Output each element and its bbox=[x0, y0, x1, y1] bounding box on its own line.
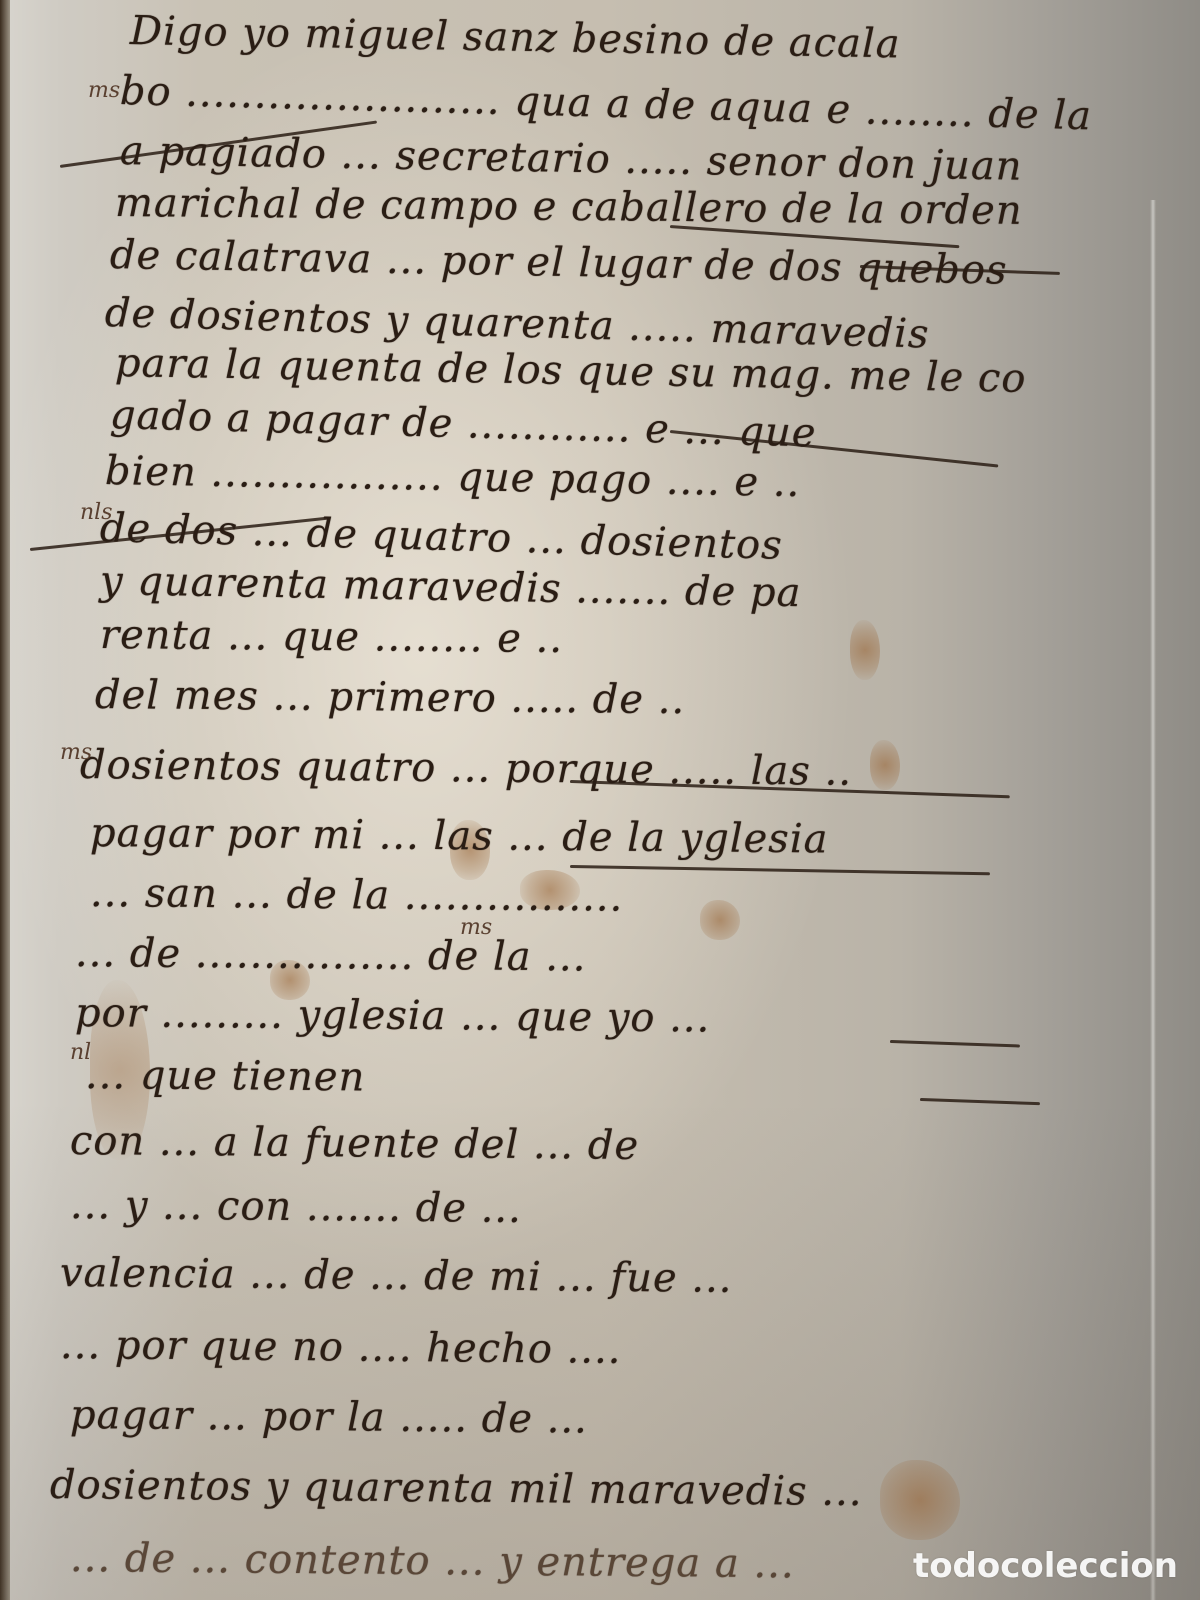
manuscript-line: dosientos y quarenta mil maravedis ... bbox=[50, 1462, 863, 1515]
margin-note: ms bbox=[60, 740, 92, 765]
manuscript-line: renta ... que ........ e .. bbox=[100, 612, 563, 662]
pen-flourish bbox=[890, 1040, 1020, 1048]
manuscript-line: pagar por mi ... las ... de la yglesia bbox=[90, 810, 829, 862]
manuscript-line: valencia ... de ... de mi ... fue ... bbox=[60, 1250, 733, 1302]
margin-note: ms bbox=[460, 915, 492, 940]
margin-note: nls bbox=[80, 500, 113, 525]
manuscript-line: marichal de campo e caballero de la orde… bbox=[115, 180, 1023, 234]
manuscript-line: del mes ... primero ..... de .. bbox=[95, 672, 686, 723]
margin-note: nl bbox=[70, 1040, 91, 1065]
manuscript-line: y quarenta maravedis ....... de pa bbox=[100, 558, 802, 616]
manuscript-line: ... que tienen bbox=[85, 1052, 366, 1100]
manuscript-line: ... de ................ de la ... bbox=[75, 930, 587, 980]
manuscript-line: bo ....................... qua a de aqua… bbox=[119, 68, 1092, 139]
manuscript-line: con ... a la fuente del ... de bbox=[70, 1118, 640, 1169]
manuscript-line: pagar ... por la ..... de ... bbox=[70, 1392, 588, 1443]
margin-note: ms bbox=[88, 78, 120, 103]
manuscript-text: Digo yo miguel sanz besino de acala bo .… bbox=[70, 0, 1010, 1600]
manuscript-line: por ......... yglesia ... que yo ... bbox=[75, 990, 711, 1042]
watermark: todocoleccion bbox=[913, 1546, 1178, 1586]
manuscript-line: ... de ... contento ... y entrega a ... bbox=[70, 1535, 795, 1587]
pen-flourish bbox=[570, 865, 990, 875]
manuscript-line: ... por que no .... hecho .... bbox=[60, 1322, 622, 1373]
manuscript-line: bien ................. que pago .... e .… bbox=[105, 448, 801, 506]
manuscript-line: ... y ... con ....... de ... bbox=[70, 1182, 522, 1232]
manuscript-line: gado a pagar de ............ e ... que bbox=[109, 392, 817, 456]
manuscript-line: ... san ... de la ................ bbox=[90, 870, 624, 921]
manuscript-line: Digo yo miguel sanz besino de acala bbox=[130, 8, 901, 67]
